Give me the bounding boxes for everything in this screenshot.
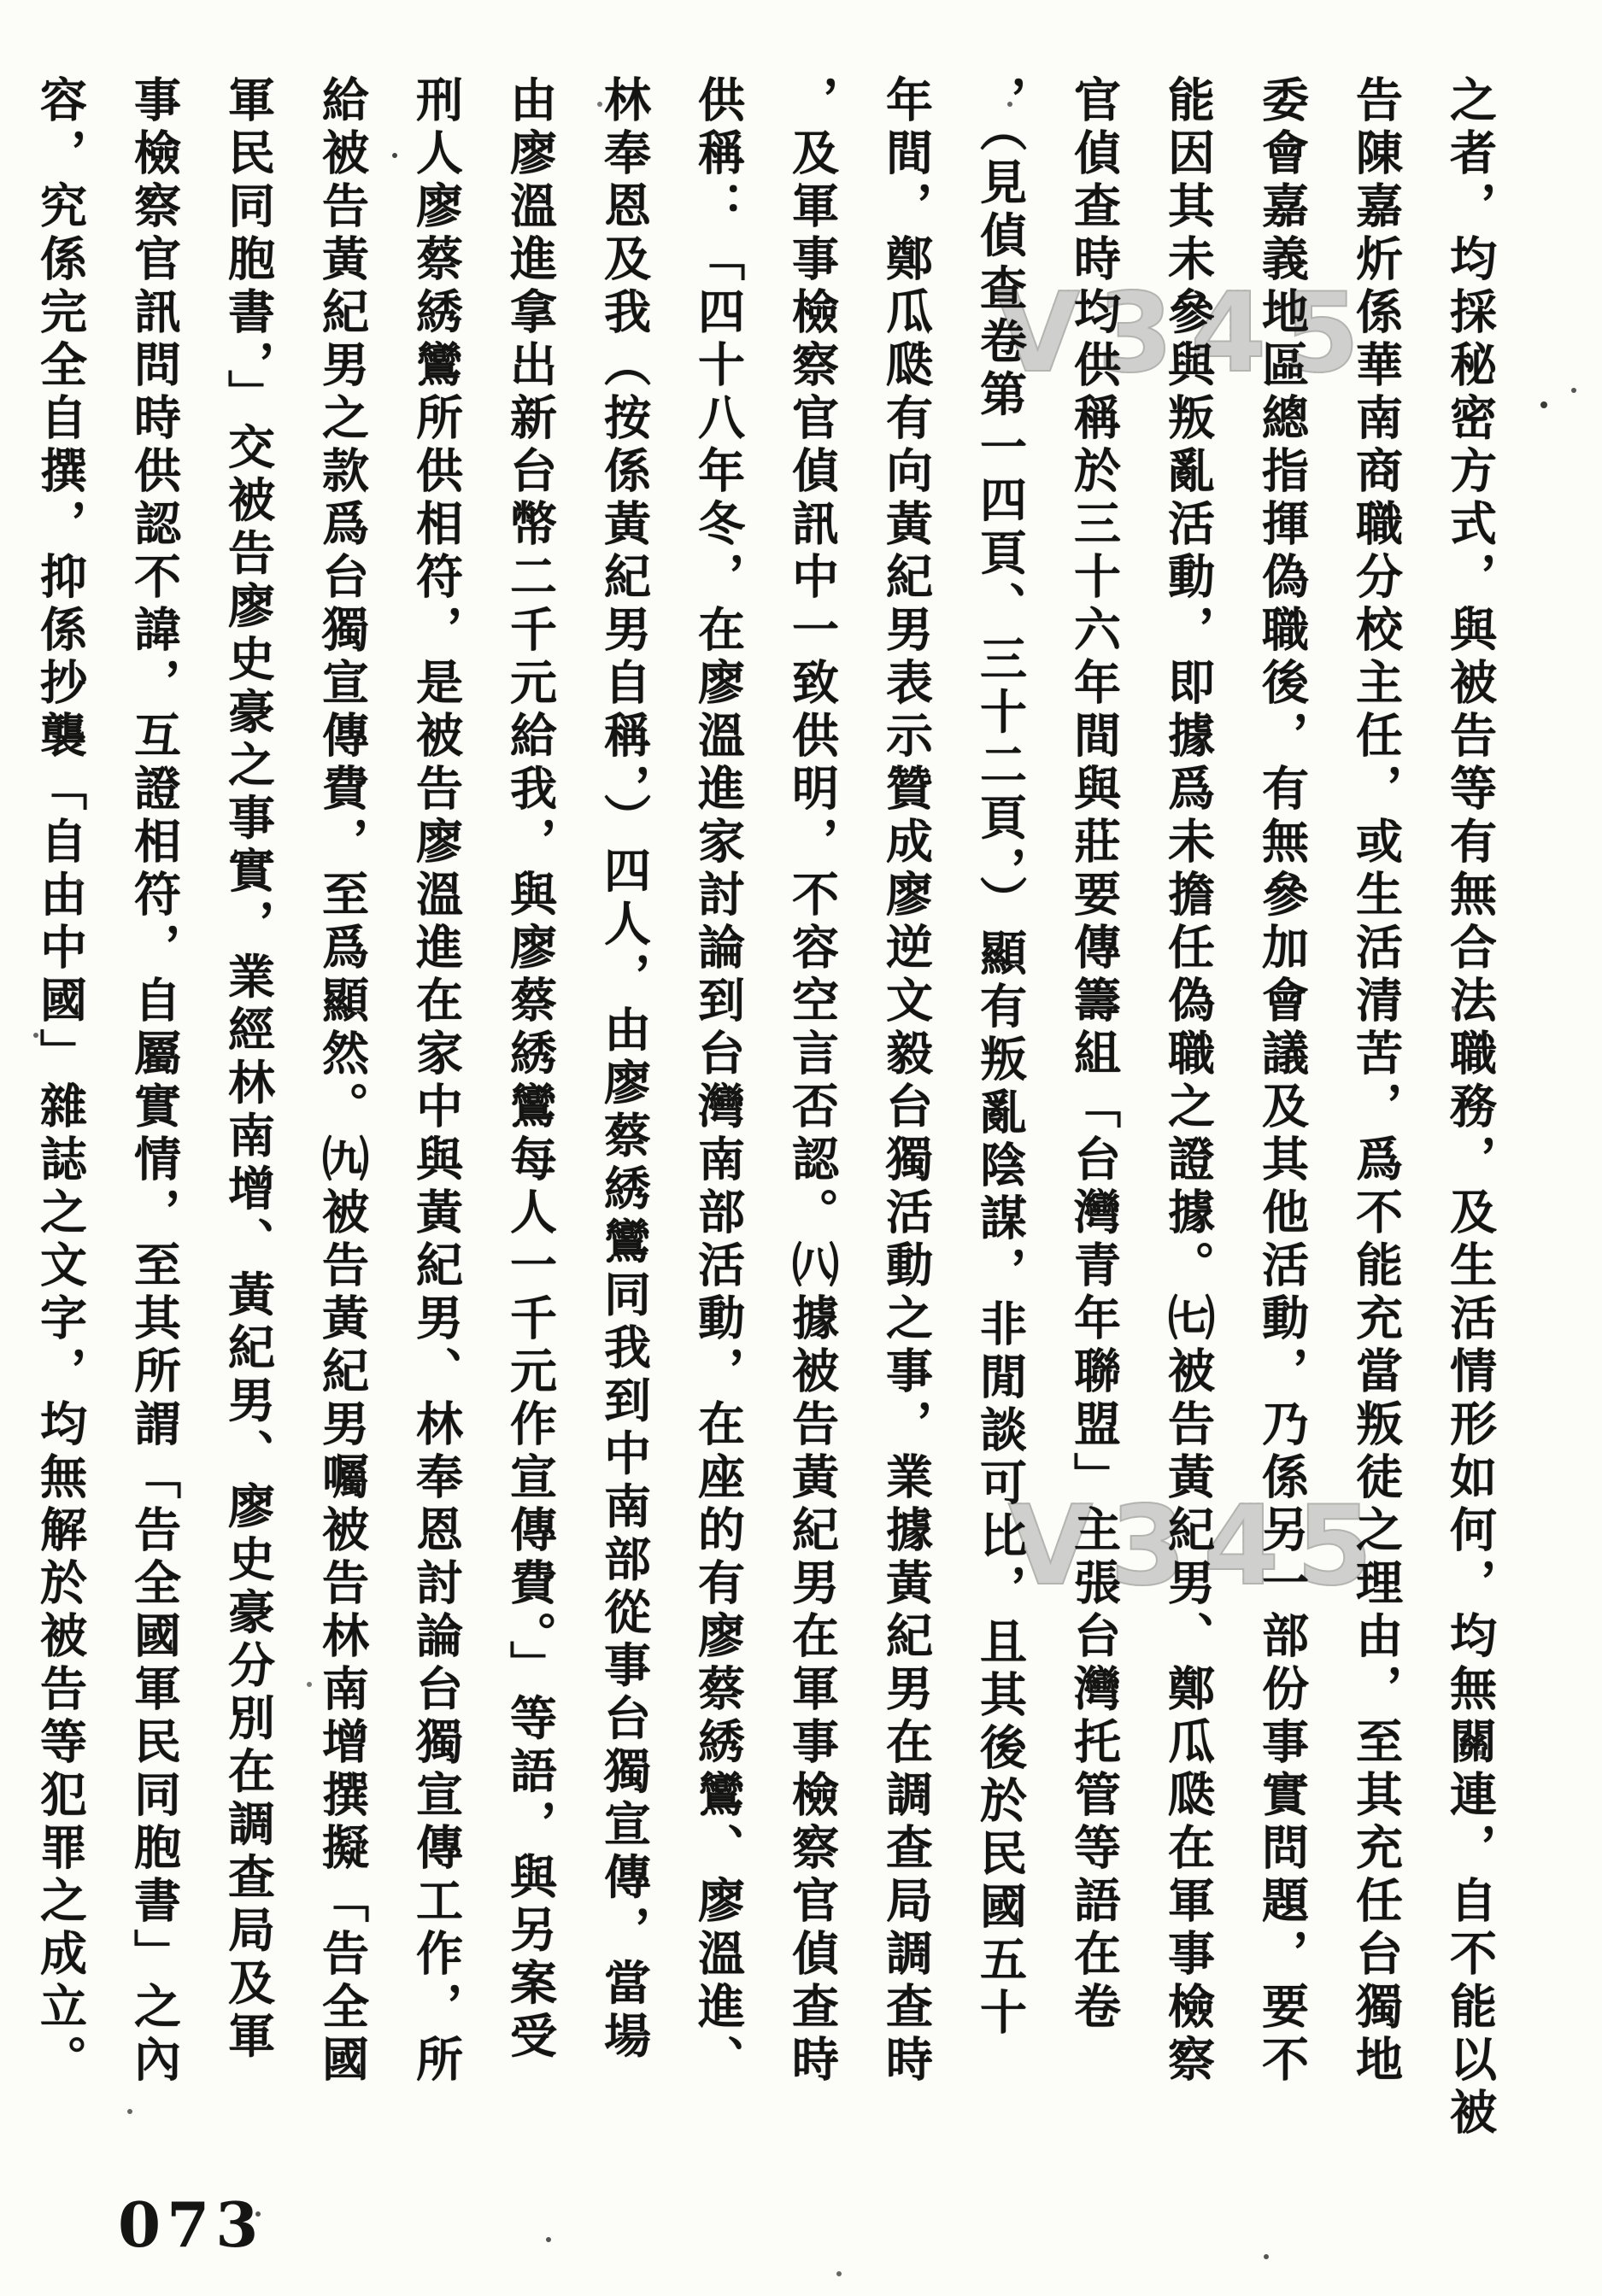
text-column-1: 之者，均採秘密方式，與被告等有無合法職務，及生活情形如何，均無關連，自不能以被: [1423, 75, 1517, 2151]
text-column-8: ，及軍事檢察官偵訊中一致供明，不容空言否認。㈧據被告黃紀男在軍事檢察官偵查時: [765, 75, 859, 2151]
text-column-11: 由廖溫進拿出新台幣二千元給我，與廖蔡綉鸞每人一千元作宣傳費。」等語，與另案受: [483, 75, 577, 2151]
text-column-16: 容，究係完全自撰，抑係抄襲「自由中國」雜誌之文字，均無解於被告等犯罪之成立。: [13, 75, 107, 2151]
text-column-12: 刑人廖蔡綉鸞所供相符，是被告廖溫進在家中與黃紀男、林奉恩討論台獨宣傳工作，所: [389, 75, 483, 2151]
scanned-document-page: V345 V345 之者，均採秘密方式，與被告等有無合法職務，及生活情形如何，均…: [0, 0, 1602, 2296]
text-column-3: 委會嘉義地區總指揮偽職後，有無參加會議及其他活動，乃係另一部份事實問題，要不: [1235, 75, 1329, 2151]
text-column-9: 供稱：「四十八年冬，在廖溫進家討論到台灣南部活動，在座的有廖蔡綉鸞、廖溫進、: [671, 75, 765, 2151]
text-column-7: 年間，鄭瓜瓞有向黃紀男表示贊成廖逆文毅台獨活動之事，業據黃紀男在調查局調查時: [859, 75, 953, 2151]
text-column-6: ，（見偵查卷第一四頁、三十二頁，）顯有叛亂陰謀，非閒談可比，且其後於民國五十: [953, 75, 1047, 2151]
text-column-2: 告陳嘉炘係華南商職分校主任，或生活清苦，爲不能充當叛徒之理由，至其充任台獨地: [1329, 75, 1423, 2151]
text-column-10: 林奉恩及我（按係黃紀男自稱，）四人，由廖蔡綉鸞同我到中南部從事台獨宣傳，當場: [577, 75, 671, 2151]
scan-noise-specks: [0, 0, 3, 3]
vertical-body-text: 之者，均採秘密方式，與被告等有無合法職務，及生活情形如何，均無關連，自不能以被告…: [13, 75, 1517, 2151]
text-column-4: 能因其未參與叛亂活動，即據爲未擔任偽職之證據。㈦被告黃紀男、鄭瓜瓞在軍事檢察: [1141, 75, 1235, 2151]
text-column-15: 事檢察官訊問時供認不諱，互證相符，自屬實情，至其所謂「告全國軍民同胞書」之內: [107, 75, 201, 2151]
page-number: 073: [118, 2188, 264, 2261]
text-column-13: 給被告黃紀男之款爲台獨宣傳費，至爲顯然。㈨被告黃紀男囑被告林南增撰擬「告全國: [295, 75, 389, 2151]
text-column-14: 軍民同胞書，」交被告廖史豪之事實，業經林南增、黃紀男、廖史豪分別在調查局及軍: [201, 75, 295, 2151]
text-column-5: 官偵查時均供稱於三十六年間與莊要傳籌組「台灣青年聯盟」主張台灣托管等語在卷: [1047, 75, 1141, 2151]
